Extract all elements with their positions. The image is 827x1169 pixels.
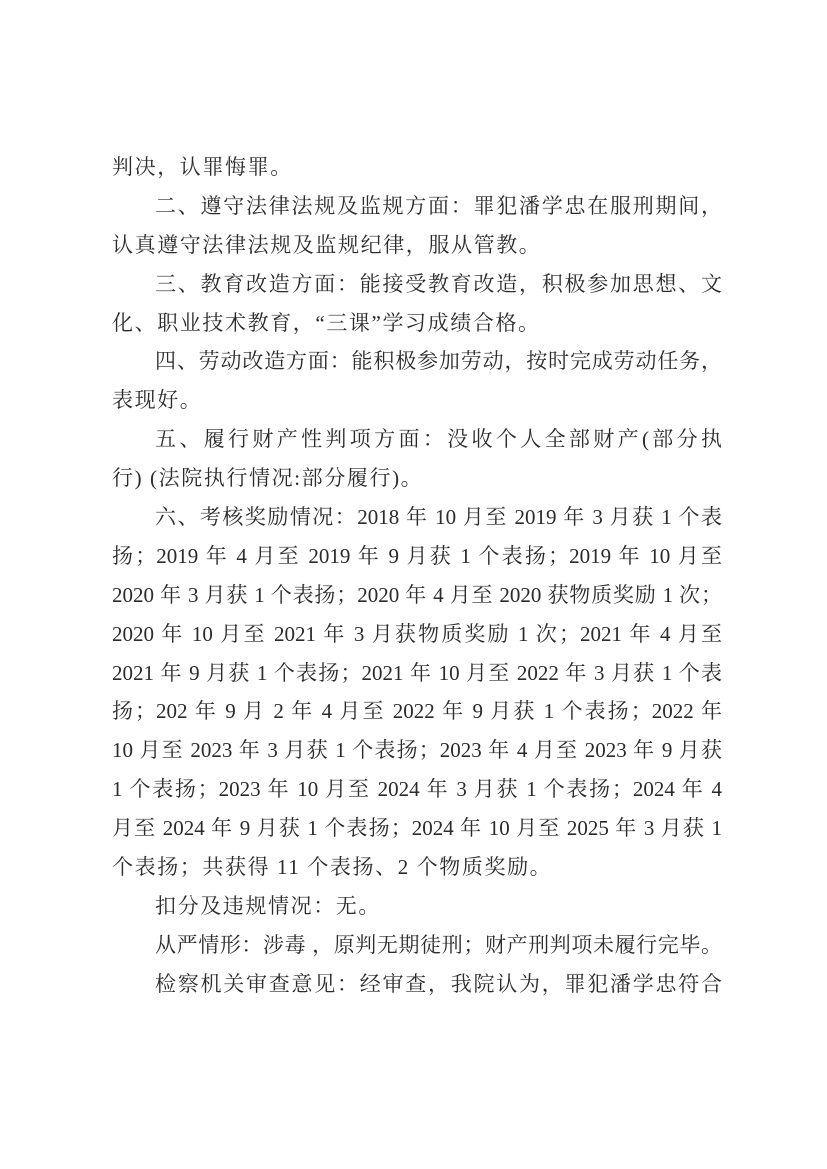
- text-line: 判决，认罪悔罪。: [112, 148, 722, 187]
- text-line: 扣分及违规情况：无。: [112, 887, 722, 926]
- text-line: 表现好。: [112, 381, 722, 420]
- text-line: 2020 年 3 月获 1 个表扬；2020 年 4 月至 2020 获物质奖励…: [112, 576, 722, 615]
- text-line: 2021 年 9 月获 1 个表扬；2021 年 10 月至 2022 年 3 …: [112, 654, 722, 693]
- text-line: 认真遵守法律法规及监规纪律，服从管教。: [112, 226, 722, 265]
- text-line: 扬；202 年 9 月 2 年 4 月至 2022 年 9 月获 1 个表扬；2…: [112, 692, 722, 731]
- text-line: 检察机关审查意见：经审查，我院认为，罪犯潘学忠符合: [112, 965, 722, 1004]
- text-line: 化、职业技术教育，“三课”学习成绩合格。: [112, 304, 722, 343]
- text-line: 二、遵守法律法规及监规方面：罪犯潘学忠在服刑期间，: [112, 187, 722, 226]
- text-line: 1 个表扬；2023 年 10 月至 2024 年 3 月获 1 个表扬；202…: [112, 770, 722, 809]
- text-line: 行) (法院执行情况:部分履行)。: [112, 459, 722, 498]
- text-line: 从严情形：涉毒 ，原判无期徒刑；财产刑判项未履行完毕。: [112, 926, 722, 965]
- text-line: 六、考核奖励情况：2018 年 10 月至 2019 年 3 月获 1 个表: [112, 498, 722, 537]
- text-line: 三、教育改造方面：能接受教育改造，积极参加思想、文: [112, 265, 722, 304]
- text-line: 月至 2024 年 9 月获 1 个表扬；2024 年 10 月至 2025 年…: [112, 809, 722, 848]
- text-line: 四、劳动改造方面：能积极参加劳动，按时完成劳动任务，: [112, 342, 722, 381]
- text-line: 扬；2019 年 4 月至 2019 年 9 月获 1 个表扬；2019 年 1…: [112, 537, 722, 576]
- text-block: 判决，认罪悔罪。二、遵守法律法规及监规方面：罪犯潘学忠在服刑期间，认真遵守法律法…: [112, 148, 722, 1004]
- document-page: 判决，认罪悔罪。二、遵守法律法规及监规方面：罪犯潘学忠在服刑期间，认真遵守法律法…: [0, 0, 827, 1169]
- text-line: 五、履行财产性判项方面：没收个人全部财产(部分执: [112, 420, 722, 459]
- text-line: 10 月至 2023 年 3 月获 1 个表扬；2023 年 4 月至 2023…: [112, 731, 722, 770]
- text-line: 2020 年 10 月至 2021 年 3 月获物质奖励 1 次；2021 年 …: [112, 615, 722, 654]
- text-line: 个表扬；共获得 11 个表扬、2 个物质奖励。: [112, 848, 722, 887]
